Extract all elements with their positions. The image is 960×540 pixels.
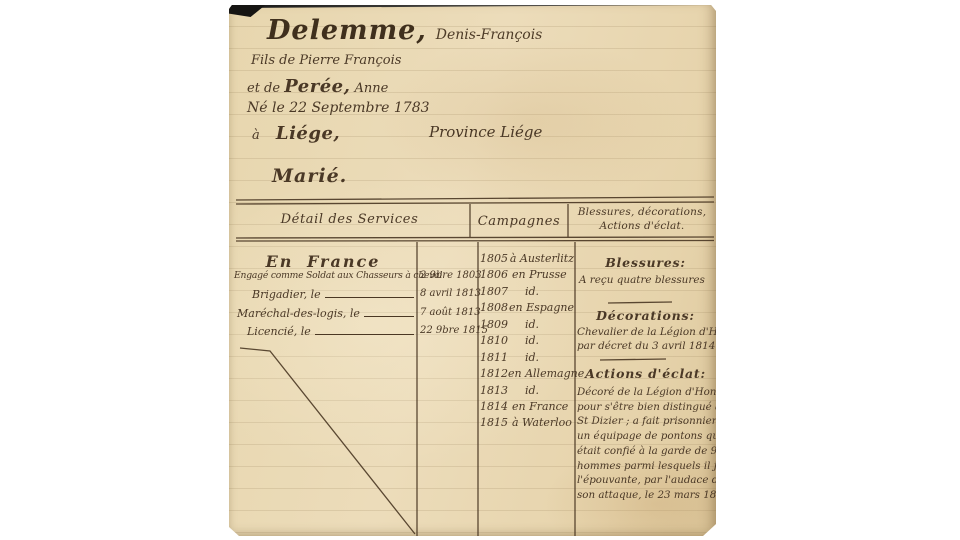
column-header-campaigns: Campagnes	[470, 214, 568, 229]
blank-rule	[325, 297, 414, 298]
service-entry: Engagé comme Soldat aux Chasseurs à chev…	[234, 270, 416, 288]
service-dates: 2 9bre 1803 8 avril 1813 7 août 1813 22 …	[420, 270, 476, 344]
campaign-row: 1811id.	[480, 351, 574, 367]
actions-section: Actions d'éclat: Décoré de la Légion d'H…	[577, 366, 714, 503]
nothing-follows-slash	[240, 348, 415, 534]
campaign-row: 1805à Austerlitz	[480, 252, 574, 268]
campaign-row: 1806en Prusse	[480, 268, 574, 284]
honors-column: Blessures: A reçu quatre blessures Décor…	[577, 255, 714, 503]
service-entry: Licencié, le	[234, 325, 416, 343]
campaign-row: 1814en France	[480, 400, 574, 416]
actions-text: Décoré de la Légion d'Honneur pour s'êtr…	[577, 385, 714, 503]
blessures-text: A reçu quatre blessures	[579, 273, 714, 287]
blank-rule	[364, 316, 414, 317]
service-entry: Maréchal-des-logis, le	[234, 307, 416, 325]
campaign-row: 1810id.	[480, 334, 574, 350]
campaign-row: 1809id.	[480, 318, 574, 334]
decorations-section: Décorations: Chevalier de la Légion d'Ho…	[577, 308, 714, 353]
service-record-page: Delemme, Denis-François Fils de Pierre F…	[229, 5, 716, 536]
blessures-heading: Blessures:	[577, 255, 714, 270]
column-header-honors: Blessures, décorations, Actions d'éclat.	[568, 205, 716, 233]
column-header-services: Détail des Services	[229, 212, 470, 227]
campaign-row: 1808en Espagne	[480, 301, 574, 317]
campaigns-list: 1805à Austerlitz 1806en Prusse 1807id. 1…	[480, 252, 574, 433]
campaign-row: 1813id.	[480, 384, 574, 400]
region-heading: En France	[229, 252, 417, 271]
service-entries: Engagé comme Soldat aux Chasseurs à chev…	[234, 270, 416, 344]
campaign-row: 1815à Waterloo	[480, 416, 574, 432]
campaign-row: 1807id.	[480, 285, 574, 301]
decorations-heading: Décorations:	[577, 308, 714, 323]
actions-heading: Actions d'éclat:	[577, 366, 714, 381]
blank-rule	[315, 334, 414, 335]
campaign-row: 1812en Allemagne	[480, 367, 574, 383]
service-entry: Brigadier, le	[234, 288, 416, 306]
